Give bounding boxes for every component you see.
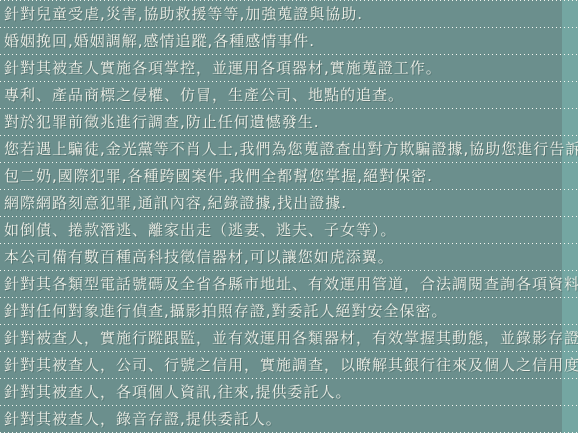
service-text: 如倒債、捲款潛逃、離家出走（逃妻、逃夫、子女等）。 bbox=[0, 223, 397, 238]
services-list: 針對兒童受虐,災害,協助救援等等,加強蒐證與協助.婚姻挽回,婚姻調解,感情追蹤,… bbox=[0, 0, 578, 433]
service-list-item: 婚姻挽回,婚姻調解,感情追蹤,各種感情事件. bbox=[0, 28, 578, 55]
service-list-item: 針對其各類型電話號碼及全省各縣市地址、有效運用管道，合法調閱查詢各項資料。 bbox=[0, 271, 578, 298]
service-list-item: 針對任何對象進行偵查,攝影拍照存證,對委託人絕對安全保密。 bbox=[0, 298, 578, 325]
service-text: 婚姻挽回,婚姻調解,感情追蹤,各種感情事件. bbox=[0, 34, 315, 49]
service-list-item: 針對其被查人，公司、行號之信用，實施調查，以瞭解其銀行往來及個人之信用度。 bbox=[0, 352, 578, 379]
service-list-item: 專利、產品商標之侵權、仿冒，生產公司、地點的追查。 bbox=[0, 82, 578, 109]
service-list-item: 針對被查人，實施行蹤跟監，並有效運用各類器材，有效掌握其動態，並錄影存證。 bbox=[0, 325, 578, 352]
service-list-item: 對於犯罪前徵兆進行調查,防止任何遺憾發生. bbox=[0, 109, 578, 136]
service-list-item: 針對其被查人實施各項掌控，並運用各項器材,實施蒐證工作。 bbox=[0, 55, 578, 82]
service-text: 對於犯罪前徵兆進行調查,防止任何遺憾發生. bbox=[0, 115, 320, 130]
service-list-item: 網際網路刻意犯罪,通訊內容,紀錄證據,找出證據. bbox=[0, 190, 578, 217]
service-list-item: 針對其被查人，錄音存證,提供委託人。 bbox=[0, 406, 578, 433]
service-text: 針對其被查人，各項個人資訊,往來,提供委託人。 bbox=[0, 385, 352, 400]
service-text: 專利、產品商標之侵權、仿冒，生產公司、地點的追查。 bbox=[0, 88, 404, 103]
service-list-item: 針對其被查人，各項個人資訊,往來,提供委託人。 bbox=[0, 379, 578, 406]
service-text: 針對其各類型電話號碼及全省各縣市地址、有效運用管道，合法調閱查詢各項資料。 bbox=[0, 277, 578, 292]
service-list-item: 針對兒童受虐,災害,協助救援等等,加強蒐證與協助. bbox=[0, 1, 578, 28]
service-list-item: 本公司備有數百種高科技徵信器材,可以讓您如虎添翼。 bbox=[0, 244, 578, 271]
service-list-item: 包二奶,國際犯罪,各種跨國案件,我們全都幫您掌握,絕對保密. bbox=[0, 163, 578, 190]
service-text: 針對其被查人，錄音存證,提供委託人。 bbox=[0, 412, 282, 427]
service-text: 針對任何對象進行偵查,攝影拍照存證,對委託人絕對安全保密。 bbox=[0, 304, 448, 319]
service-text: 針對兒童受虐,災害,協助救援等等,加強蒐證與協助. bbox=[0, 7, 363, 22]
service-text: 本公司備有數百種高科技徵信器材,可以讓您如虎添翼。 bbox=[0, 250, 394, 265]
service-text: 網際網路刻意犯罪,通訊內容,紀錄證據,找出證據. bbox=[0, 196, 347, 211]
service-list-item: 如倒債、捲款潛逃、離家出走（逃妻、逃夫、子女等）。 bbox=[0, 217, 578, 244]
service-text: 您若遇上騙徒,金光黨等不肖人士,我們為您蒐證查出對方欺騙證據,協助您進行告訴. bbox=[0, 142, 578, 157]
service-list-item: 您若遇上騙徒,金光黨等不肖人士,我們為您蒐證查出對方欺騙證據,協助您進行告訴. bbox=[0, 136, 578, 163]
service-text: 針對其被查人實施各項掌控，並運用各項器材,實施蒐證工作。 bbox=[0, 61, 442, 76]
service-text: 包二奶,國際犯罪,各種跨國案件,我們全都幫您掌握,絕對保密. bbox=[0, 169, 433, 184]
services-list-panel: 針對兒童受虐,災害,協助救援等等,加強蒐證與協助.婚姻挽回,婚姻調解,感情追蹤,… bbox=[0, 0, 578, 433]
service-text: 針對其被查人，公司、行號之信用，實施調查，以瞭解其銀行往來及個人之信用度。 bbox=[0, 358, 578, 373]
service-text: 針對被查人，實施行蹤跟監，並有效運用各類器材，有效掌握其動態，並錄影存證。 bbox=[0, 331, 578, 346]
